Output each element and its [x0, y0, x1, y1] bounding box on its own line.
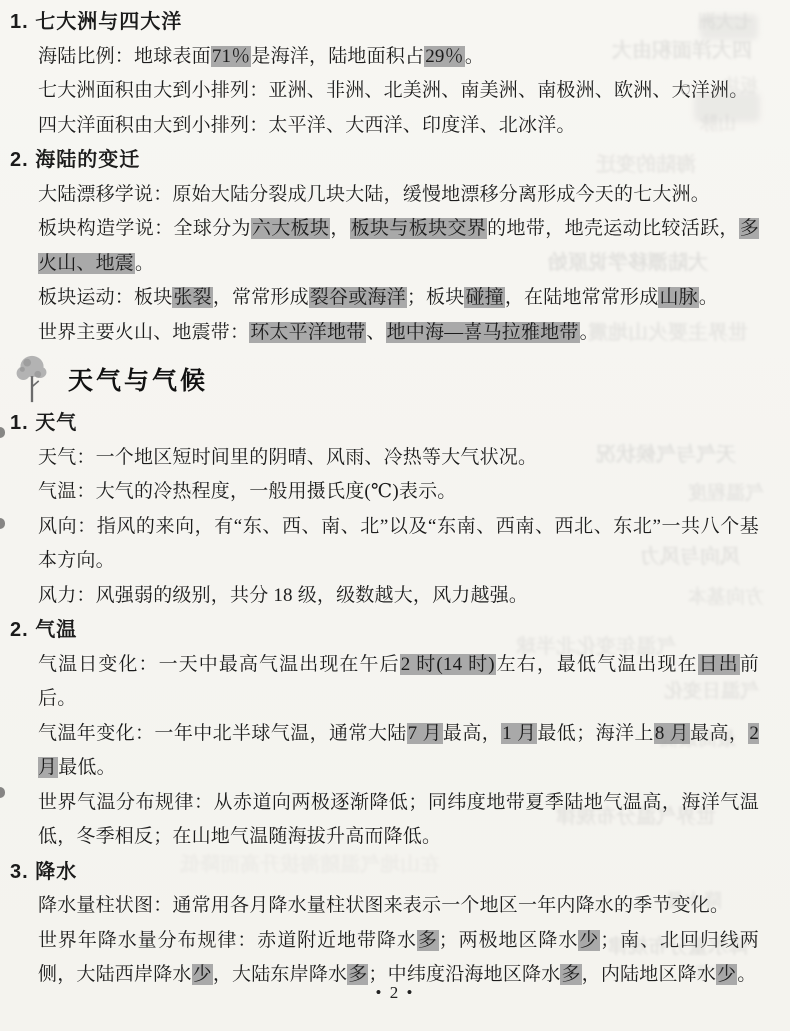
paragraph: 七大洲面积由大到小排列：亚洲、非洲、北美洲、南美洲、南极洲、欧洲、大洋洲。 — [38, 74, 759, 109]
scan-smudge — [700, 14, 758, 40]
highlighted-term: 71％ — [211, 46, 252, 67]
highlighted-term: 地中海—喜马拉雅地带 — [386, 322, 580, 343]
scan-smudge — [694, 92, 760, 122]
text-run: ，在陆地常常形成 — [505, 287, 659, 308]
paragraph: 四大洋面积由大到小排列：太平洋、大西洋、印度洋、北冰洋。 — [38, 109, 759, 144]
text-run: 。 — [737, 964, 756, 985]
text-run: 世界年降水量分布规律：赤道附近地带降水 — [38, 930, 417, 951]
text-run: 最高， — [443, 723, 501, 744]
paragraph: 风向：指风的来向，有“东、西、南、北”以及“东南、西南、西北、东北”一共八个基本… — [38, 510, 759, 579]
tree-icon — [12, 353, 52, 405]
paragraph: 板块构造学说：全球分为六大板块，板块与板块交界的地带，地壳运动比较活跃，多火山、… — [38, 212, 759, 281]
text-run: 左右，最低气温出现在 — [496, 654, 698, 675]
highlighted-term: 多 — [560, 964, 581, 985]
text-run: ；两极地区降水 — [439, 930, 579, 951]
highlighted-term: 张裂 — [172, 287, 212, 308]
paragraph: 板块运动：板块张裂，常常形成裂谷或海洋；板块碰撞，在陆地常常形成山脉。 — [38, 281, 759, 316]
paragraph: 世界主要火山、地震带：环太平洋地带、地中海—喜马拉雅地带。 — [38, 316, 759, 351]
text-run: 最低；海洋上 — [537, 723, 653, 744]
text-run: 板块运动：板块 — [38, 287, 172, 308]
paragraph: 天气：一个地区短时间里的阴晴、风雨、冷热等大气状况。 — [38, 441, 759, 476]
section-heading: 2. 海陆的变迁 — [10, 143, 759, 178]
scanned-textbook-page: 1. 七大洲与四大洋海陆比例：地球表面71％是海洋，陆地面积占29％。七大洲面积… — [0, 0, 790, 1031]
highlighted-term: 29％ — [424, 46, 465, 67]
highlighted-term: 多 — [347, 964, 368, 985]
highlighted-term: 少 — [578, 930, 600, 951]
text-run: ，内陆地区降水 — [582, 964, 716, 985]
text-run: 是海洋，陆地面积占 — [251, 46, 424, 67]
text-run: 。 — [135, 253, 154, 274]
paragraph: 世界气温分布规律：从赤道向两极逐渐降低；同纬度地带夏季陆地气温高，海洋气温低，冬… — [38, 786, 759, 855]
text-run: 世界气温分布规律：从赤道向两极逐渐降低；同纬度地带夏季陆地气温高，海洋气温低，冬… — [38, 792, 759, 848]
text-run: ；板块 — [407, 287, 465, 308]
highlighted-term: 碰撞 — [464, 287, 504, 308]
text-run: 气温：大气的冷热程度，一般用摄氏度(℃)表示。 — [38, 481, 457, 502]
document-content: 1. 七大洲与四大洋海陆比例：地球表面71％是海洋，陆地面积占29％。七大洲面积… — [38, 5, 759, 993]
text-run: 。 — [580, 322, 599, 343]
highlighted-term: 六大板块 — [251, 218, 330, 239]
text-run: 板块构造学说：全球分为 — [38, 218, 251, 239]
highlighted-term: 1 月 — [501, 723, 537, 744]
text-run: 世界主要火山、地震带： — [38, 322, 249, 343]
highlighted-term: 板块与板块交界 — [350, 218, 487, 239]
text-run: 天气：一个地区短时间里的阴晴、风雨、冷热等大气状况。 — [38, 447, 537, 468]
text-run: 气温日变化：一天中最高气温出现在午后 — [38, 654, 400, 675]
text-run: 降水量柱状图：通常用各月降水量柱状图来表示一个地区一年内降水的季节变化。 — [38, 895, 729, 916]
scan-speck — [681, 84, 690, 95]
text-run: 、 — [366, 322, 385, 343]
text-run: ，常常形成 — [213, 287, 309, 308]
paragraph: 海陆比例：地球表面71％是海洋，陆地面积占29％。 — [38, 40, 759, 75]
highlighted-term: 山脉 — [658, 287, 698, 308]
paragraph: 气温日变化：一天中最高气温出现在午后2 时(14 时)左右，最低气温出现在日出前… — [38, 648, 759, 717]
paragraph: 风力：风强弱的级别，共分 18 级，级数越大，风力越强。 — [38, 579, 759, 614]
text-run: 大陆漂移学说：原始大陆分裂成几块大陆，缓慢地漂移分离形成今天的七大洲。 — [38, 184, 710, 205]
paragraph: 大陆漂移学说：原始大陆分裂成几块大陆，缓慢地漂移分离形成今天的七大洲。 — [38, 178, 759, 213]
scan-edge-mark — [0, 518, 5, 529]
text-run: 风向：指风的来向，有“东、西、南、北”以及“东南、西南、西北、东北”一共八个基本… — [38, 516, 759, 572]
section-heading: 1. 七大洲与四大洋 — [10, 5, 759, 40]
text-run: 最高， — [690, 723, 748, 744]
highlighted-term: 裂谷或海洋 — [309, 287, 407, 308]
text-run: 。 — [465, 46, 484, 67]
highlighted-term: 2 时(14 时) — [400, 654, 496, 675]
highlighted-term: 少 — [192, 964, 213, 985]
text-run: 海陆比例：地球表面 — [38, 46, 211, 67]
text-run: 。 — [699, 287, 718, 308]
text-run: 七大洲面积由大到小排列：亚洲、非洲、北美洲、南美洲、南极洲、欧洲、大洋洲。 — [38, 80, 748, 101]
text-run: 气温年变化：一年中北半球气温，通常大陆 — [38, 723, 407, 744]
page-number: • 2 • — [0, 983, 790, 1003]
text-run: 最低。 — [58, 757, 116, 778]
highlighted-term: 环太平洋地带 — [249, 322, 366, 343]
scan-edge-mark — [0, 427, 5, 438]
highlighted-term: 7 月 — [407, 723, 443, 744]
highlighted-term: 多 — [417, 930, 439, 951]
highlighted-term: 日出 — [698, 654, 740, 675]
text-run: ， — [330, 218, 349, 239]
section-heading: 2. 气温 — [10, 613, 759, 648]
chapter-banner-title: 天气与气候 — [68, 361, 208, 397]
scan-edge-mark — [0, 787, 5, 798]
section-heading: 1. 天气 — [10, 406, 759, 441]
paragraph: 气温：大气的冷热程度，一般用摄氏度(℃)表示。 — [38, 475, 759, 510]
chapter-banner: 天气与气候 — [12, 353, 759, 405]
text-run: 的地带，地壳运动比较活跃， — [487, 218, 739, 239]
section-heading: 3. 降水 — [10, 855, 759, 890]
text-run: ，大陆东岸降水 — [213, 964, 347, 985]
paragraph: 气温年变化：一年中北半球气温，通常大陆7 月最高，1 月最低；海洋上8 月最高，… — [38, 717, 759, 786]
text-run: 风力：风强弱的级别，共分 18 级，级数越大，风力越强。 — [38, 585, 528, 606]
highlighted-term: 少 — [716, 964, 737, 985]
paragraph: 降水量柱状图：通常用各月降水量柱状图来表示一个地区一年内降水的季节变化。 — [38, 889, 759, 924]
text-run: 四大洋面积由大到小排列：太平洋、大西洋、印度洋、北冰洋。 — [38, 115, 576, 136]
text-run: ；中纬度沿海地区降水 — [368, 964, 560, 985]
highlighted-term: 8 月 — [654, 723, 690, 744]
